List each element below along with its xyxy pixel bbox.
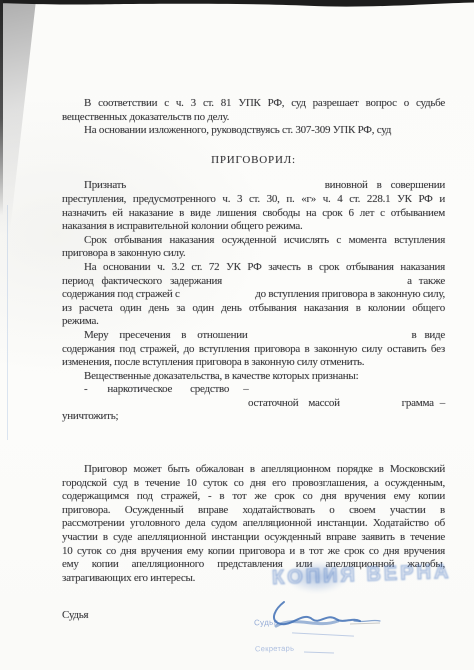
text-segment: до вступления приговора в законную силу, (255, 288, 445, 302)
text-segment: рассмотрении уголовного дела судом апелл… (62, 517, 445, 529)
scan-left-shadow (0, 0, 36, 320)
text-segment: наказания в исправительной колонии общег… (62, 220, 303, 232)
text-segment: назначить ей наказание в виде лишения св… (62, 207, 445, 219)
text-line: изменения, после вступления приговора в … (62, 356, 445, 370)
text-line: наказания в исправительной колонии общег… (62, 220, 445, 234)
text-segment: совершении (391, 179, 445, 193)
paragraph: -наркотическоесредство–остаточноймассойг… (62, 383, 445, 424)
text-line: На основании изложенного, руководствуясь… (62, 124, 445, 138)
text-segment: режима. (62, 315, 99, 327)
text-line: На основании ч. 3.2 ст. 72 УК РФ зачесть… (62, 261, 445, 275)
text-segment: В соответствии с ч. 3 ст. 81 УПК РФ, суд… (84, 97, 445, 109)
text-segment: Меру (84, 329, 108, 343)
text-segment: в (377, 179, 382, 193)
text-segment: содержащимся под стражей, - в тот же сро… (62, 490, 445, 502)
text-line: приговора в законную силу. (62, 247, 445, 261)
text-line: ПРИГОВОРИЛ: (62, 154, 445, 168)
text-segment: приговора. Осужденный вправе ходатайство… (62, 504, 445, 516)
stamp-text: КОПИЯ ВЕРНА (272, 561, 452, 590)
text-line: содержащимся под стражей, - в тот же сро… (62, 490, 445, 504)
text-line: Признатьвиновнойвсовершении (62, 179, 445, 193)
text-segment: задержания (170, 275, 222, 289)
paragraph: В соответствии с ч. 3 ст. 81 УПК РФ, суд… (62, 97, 445, 124)
text-segment: виде (424, 329, 445, 343)
text-segment: содержания под стражей с (62, 288, 180, 302)
text-segment: содержания под стражей, до вступления пр… (62, 343, 445, 355)
paragraph: ПРИГОВОРИЛ: (62, 154, 445, 168)
text-segment: остаточной (248, 397, 298, 411)
text-line: В соответствии с ч. 3 ст. 81 УПК РФ, суд… (62, 97, 445, 111)
text-line: Срок отбывания наказания осужденной исчи… (62, 234, 445, 248)
text-line: преступления, предусмотренного ч. 3 ст. … (62, 193, 445, 207)
text-line: периодфактическогозадержанияатакже (62, 275, 445, 289)
text-segment: массой (308, 397, 339, 411)
text-line: Приговор может быть обжалован в апелляци… (62, 463, 445, 477)
text-line: участии в суде апелляционной инстанции о… (62, 531, 445, 545)
text-line: Вещественные доказательства, в качестве … (62, 370, 445, 384)
text-segment: городской суд в течение 10 суток со дня … (62, 477, 445, 489)
stamp-secretary-line (304, 651, 334, 653)
paragraph: На основании ч. 3.2 ст. 72 УК РФ зачесть… (62, 261, 445, 329)
text-segment: – (243, 383, 248, 397)
text-segment: Признать (84, 179, 126, 193)
paragraph: На основании изложенного, руководствуясь… (62, 124, 445, 138)
text-segment: уничтожить; (62, 410, 118, 422)
paragraph: Срок отбывания наказания осужденной исчи… (62, 234, 445, 261)
judge-signature-ink (268, 600, 388, 636)
text-segment: – (440, 397, 445, 411)
text-segment: На основании ч. 3.2 ст. 72 УК РФ зачесть… (84, 261, 445, 273)
document-body: В соответствии с ч. 3 ст. 81 УПК РФ, суд… (62, 97, 445, 623)
text-segment: приговора в законную силу. (62, 247, 185, 259)
text-segment: Срок отбывания наказания осужденной исчи… (84, 234, 445, 246)
text-segment: Вещественные доказательства, в качестве … (84, 370, 358, 382)
scanned-court-verdict-page: В соответствии с ч. 3 ст. 81 УПК РФ, суд… (0, 0, 474, 670)
text-line: приговора. Осужденный вправе ходатайство… (62, 504, 445, 518)
text-line: содержания под стражей сдо вступления пр… (62, 288, 445, 302)
text-segment: из расчета один день за один день отбыва… (62, 302, 445, 314)
text-segment: средство (190, 383, 229, 397)
text-line: режима. (62, 315, 445, 329)
scan-top-edge (0, 0, 474, 12)
paragraph: Мерупресечениявотношенииввидесодержания … (62, 329, 445, 370)
text-line: вещественных доказательств по делу. (62, 111, 445, 125)
stamp-secretary-label: Секретарь (255, 644, 294, 654)
text-segment: в (181, 329, 186, 343)
text-segment: преступления, предусмотренного ч. 3 ст. … (62, 193, 445, 205)
text-segment: Приговор может быть обжалован в апелляци… (84, 463, 445, 475)
text-segment: а (407, 275, 412, 289)
text-line: остаточноймассойграмма– (62, 397, 445, 411)
text-segment: отношении (197, 329, 247, 343)
text-line: из расчета один день за один день отбыва… (62, 302, 445, 316)
text-segment: - (84, 383, 87, 397)
text-segment: также (419, 275, 445, 289)
text-segment: участии в суде апелляционной инстанции о… (62, 531, 445, 543)
text-segment: грамма (402, 397, 434, 411)
text-segment: пресечения (119, 329, 170, 343)
copy-stamp: КОПИЯ ВЕРНА Судья Секретарь (250, 560, 462, 668)
text-segment: На основании изложенного, руководствуясь… (84, 124, 391, 136)
text-segment: фактического (101, 275, 162, 289)
text-segment: затрагивающих его интересы. (62, 572, 195, 584)
scan-left-edge (0, 0, 3, 215)
text-segment: вещественных доказательств по делу. (62, 111, 229, 123)
text-segment: наркотическое (107, 383, 172, 397)
text-segment: ПРИГОВОРИЛ: (211, 154, 296, 166)
text-line: содержания под стражей, до вступления пр… (62, 343, 445, 357)
text-line: рассмотрении уголовного дела судом апелл… (62, 517, 445, 531)
paragraph: Признатьвиновнойвсовершениипреступления,… (62, 179, 445, 233)
paragraph: Вещественные доказательства, в качестве … (62, 370, 445, 384)
text-line: 10 суток со дня вручения ему копии приго… (62, 545, 445, 559)
text-line: назначить ей наказание в виде лишения св… (62, 207, 445, 221)
text-segment: изменения, после вступления приговора в … (62, 356, 364, 368)
text-segment: в (411, 329, 416, 343)
text-line: уничтожить; (62, 410, 445, 424)
text-line: Мерупресечениявотношенииввиде (62, 329, 445, 343)
text-segment: 10 суток со дня вручения ему копии приго… (62, 545, 445, 557)
text-segment: виновной (325, 179, 368, 193)
text-segment: период (62, 275, 93, 289)
text-line: -наркотическоесредство– (62, 383, 445, 397)
text-line: городской суд в течение 10 суток со дня … (62, 477, 445, 491)
